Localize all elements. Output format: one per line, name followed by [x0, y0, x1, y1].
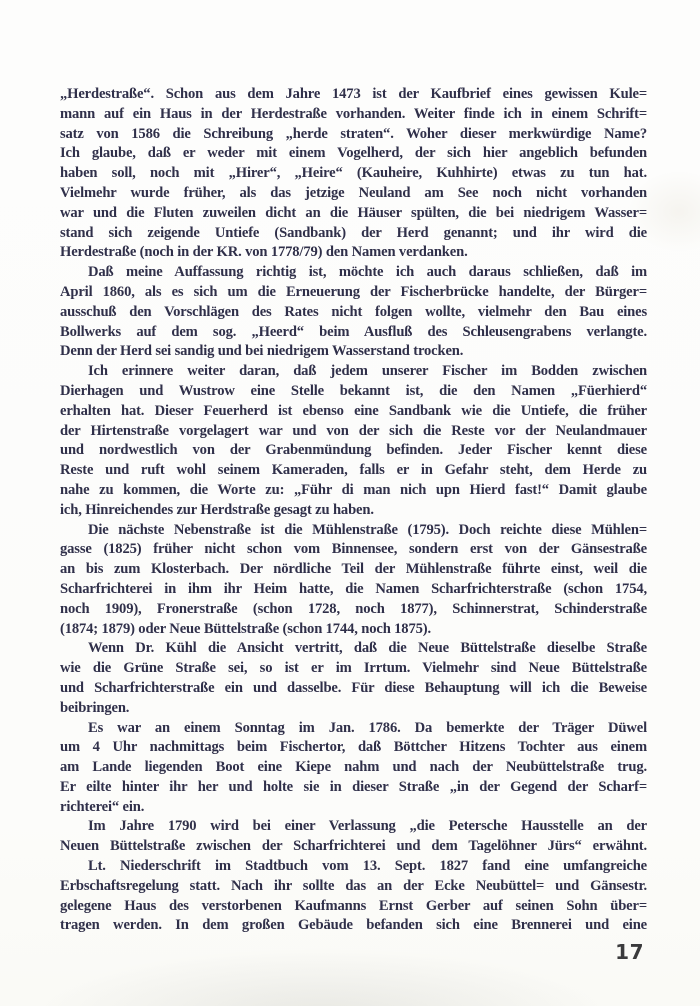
- text-line: haben soll, noch mit „Hirer“, „Heire“ (K…: [60, 164, 647, 184]
- text-line: Ich erinnere weiter daran, daß jedem uns…: [60, 362, 647, 382]
- text-line: Dierhagen und Wustrow eine Stelle bekann…: [60, 382, 647, 402]
- text-line: beibringen.: [60, 699, 647, 719]
- text-line: Ich glaube, daß er weder mit einem Vogel…: [60, 144, 647, 164]
- page-text: „Herdestraße“. Schon aus dem Jahre 1473 …: [60, 85, 647, 936]
- page-number: 17: [615, 940, 644, 964]
- text-line: satz von 1586 die Schreibung „herde stra…: [60, 125, 647, 145]
- text-line: mann auf ein Haus in der Herdestraße vor…: [60, 105, 647, 125]
- text-line: Im Jahre 1790 wird bei einer Verlassung …: [60, 817, 647, 837]
- text-line: gelegene Haus des verstorbenen Kaufmanns…: [60, 897, 647, 917]
- text-line: Scharfrichterei in ihm ihr Heim hatte, d…: [60, 580, 647, 600]
- text-line: Die nächste Nebenstraße ist die Mühlenst…: [60, 521, 647, 541]
- text-line: Daß meine Auffassung richtig ist, möchte…: [60, 263, 647, 283]
- text-line: an bis zum Klosterbach. Der nördliche Te…: [60, 560, 647, 580]
- text-line: Er eilte hinter ihr her und holte sie in…: [60, 778, 647, 798]
- text-line: Erbschaftsregelung statt. Nach ihr sollt…: [60, 877, 647, 897]
- text-line: noch 1909), Fronerstraße (schon 1728, no…: [60, 600, 647, 620]
- text-line: war und die Fluten zuweilen dicht an die…: [60, 204, 647, 224]
- text-line: erhalten hat. Dieser Feuerherd ist ebens…: [60, 402, 647, 422]
- text-line: und Scharfrichterstraße ein und dasselbe…: [60, 679, 647, 699]
- text-line: ausschuß den Vorschlägen des Rates nicht…: [60, 303, 647, 323]
- text-line: richterei“ ein.: [60, 798, 647, 818]
- text-line: April 1860, als es sich um die Erneuerun…: [60, 283, 647, 303]
- text-line: Herdestraße (noch in der KR. von 1778/79…: [60, 243, 647, 263]
- text-line: (1874; 1879) oder Neue Büttelstraße (sch…: [60, 620, 647, 640]
- text-line: stand sich zeigende Untiefe (Sandbank) d…: [60, 224, 647, 244]
- text-line: Wenn Dr. Kühl die Ansicht vertritt, daß …: [60, 639, 647, 659]
- text-line: Es war an einem Sonntag im Jan. 1786. Da…: [60, 719, 647, 739]
- text-line: Vielmehr wurde früher, als das jetzige N…: [60, 184, 647, 204]
- text-line: Denn der Herd sei sandig und bei niedrig…: [60, 342, 647, 362]
- text-line: um 4 Uhr nachmittags beim Fischertor, da…: [60, 738, 647, 758]
- text-line: „Herdestraße“. Schon aus dem Jahre 1473 …: [60, 85, 647, 105]
- book-page: „Herdestraße“. Schon aus dem Jahre 1473 …: [0, 0, 700, 1006]
- text-line: Reste und ruft wohl seinem Kameraden, fa…: [60, 461, 647, 481]
- text-line: Bollwerks auf dem sog. „Heerd“ beim Ausf…: [60, 323, 647, 343]
- text-line: am Lande liegenden Boot eine Kiepe nahm …: [60, 758, 647, 778]
- text-line: der Hirtenstraße vorgelagert war und von…: [60, 422, 647, 442]
- text-line: Lt. Niederschrift im Stadtbuch vom 13. S…: [60, 857, 647, 877]
- text-line: nahe zu kommen, die Worte zu: „Führ di m…: [60, 481, 647, 501]
- text-line: Neuen Büttelstraße zwischen der Scharfri…: [60, 837, 647, 857]
- text-line: gasse (1825) früher nicht schon vom Binn…: [60, 540, 647, 560]
- text-line: und nordwestlich von der Grabenmündung b…: [60, 441, 647, 461]
- text-line: tragen werden. In dem großen Gebäude bef…: [60, 916, 647, 936]
- text-line: ich, Hinreichendes zur Herdstraße gesagt…: [60, 501, 647, 521]
- text-line: wie die Grüne Straße sei, so ist er im I…: [60, 659, 647, 679]
